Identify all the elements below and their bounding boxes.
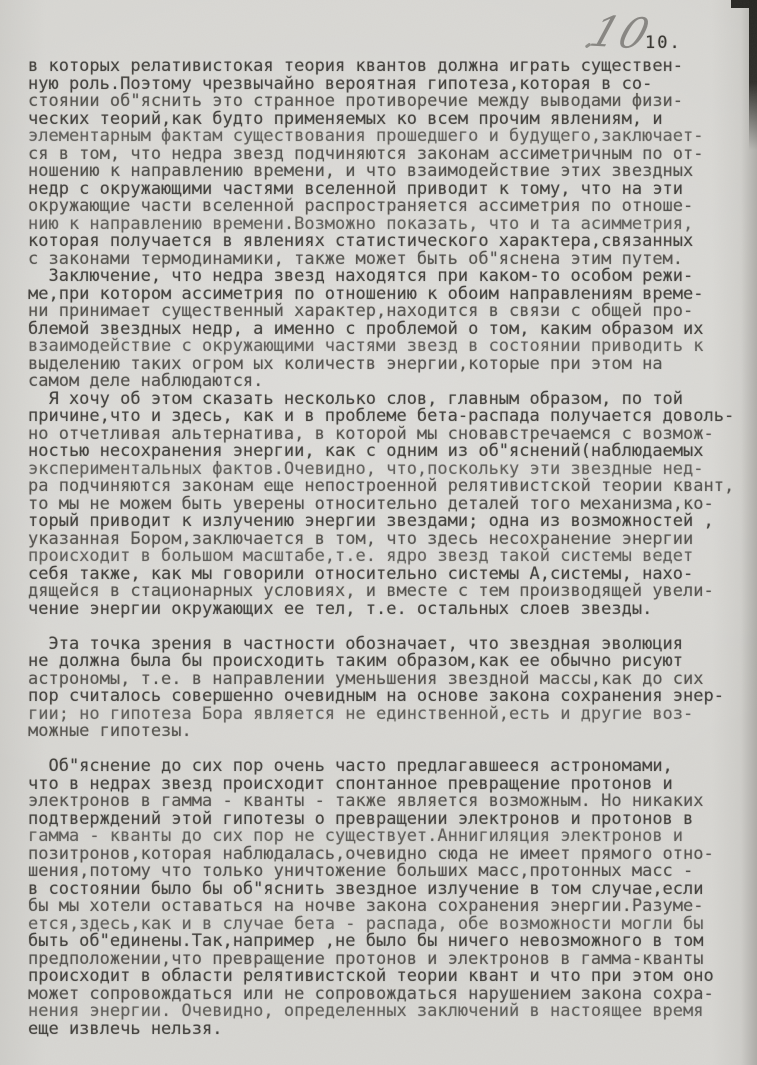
text-line: которая получается в явлениях статистиче… [28, 233, 734, 251]
text-line: окружающие части вселенной распространяе… [28, 198, 734, 216]
text-line: ется,здесь,как и в случае бета - распада… [28, 916, 734, 934]
page-right-shadow [741, 0, 757, 1065]
text-line: чение энергии окружающих ее тел, т.е. ос… [28, 601, 734, 619]
text-line: пор считалось совершенно очевидным на ос… [28, 688, 734, 706]
text-line: электронов в гамма - кванты - также явля… [28, 793, 734, 811]
text-line: причине,что и здесь, как и в проблеме бе… [28, 408, 734, 426]
typed-page-number: 10. [645, 33, 682, 53]
text-line: в которых релативистокая теория квантов … [28, 58, 734, 76]
text-line: бы мы хотели оставаться на ночве закона … [28, 898, 734, 916]
text-line: нения энергии. Очевидно, определенных за… [28, 1003, 734, 1021]
text-line: торый приводит к излучению энергии звезд… [28, 513, 734, 531]
text-line: шения,потому что только уничтожение боль… [28, 863, 734, 881]
text-line: но отчетливая альтернатива, в которой мы… [28, 426, 734, 444]
text-line: элементарным фактам существования прошед… [28, 128, 734, 146]
text-line: еще извлечь нельзя. [28, 1021, 734, 1039]
text-line: происходит в области релятивистской теор… [28, 968, 734, 986]
text-line: не должна была бы происходить таким обра… [28, 653, 734, 671]
document-text: в которых релативистокая теория квантов … [28, 58, 734, 1038]
paragraph: Заключение, что недра звезд находятся пр… [28, 268, 734, 391]
text-line: нию к направлению времени.Возможно показ… [28, 216, 734, 234]
scan-edge-right-strip [749, 0, 757, 150]
text-line: Об"яснение до сих пор очень часто предла… [28, 758, 734, 776]
paragraph: в которых релативистокая теория квантов … [28, 58, 734, 268]
text-line: ра подчиняются законам еще непостроенной… [28, 478, 734, 496]
paragraph: Эта точка зрения в частности обозначает,… [28, 636, 734, 741]
text-line: дящейся в стационарных условиях, и вмест… [28, 583, 734, 601]
text-line: с законами термодинамики, также может бы… [28, 251, 734, 269]
text-line: то мы не можем быть уверены относительно… [28, 496, 734, 514]
text-line: происходит в большом масштабе,т.е. ядро … [28, 548, 734, 566]
text-line: самом деле наблюдаются. [28, 373, 734, 391]
text-line: ностью несохранения энергии, как с одним… [28, 443, 734, 461]
text-line: взаимодействие с окружающими частями зве… [28, 338, 734, 356]
text-line: ношению к направлению времени, и что вза… [28, 163, 734, 181]
text-line: можные гипотезы. [28, 723, 734, 741]
page-scan: 10 10. в которых релативистокая теория к… [0, 0, 757, 1065]
text-line: быть об"единены.Так,например ,не было бы… [28, 933, 734, 951]
text-line: гамма - кванты до сих пор не существует.… [28, 828, 734, 846]
paragraph: Об"яснение до сих пор очень часто предла… [28, 758, 734, 1038]
text-line: стоянии об"яснить это странное противоре… [28, 93, 734, 111]
text-line: Заключение, что недра звезд находятся пр… [28, 268, 734, 286]
text-line: астрономы, т.е. в направлении уменьшения… [28, 671, 734, 689]
text-line: ни принимает существенный характер,наход… [28, 303, 734, 321]
paragraph-gap [28, 618, 734, 636]
text-line: предположении,что превращение протонов и… [28, 951, 734, 969]
paragraph: Я хочу об этом сказать несколько слов, г… [28, 391, 734, 619]
